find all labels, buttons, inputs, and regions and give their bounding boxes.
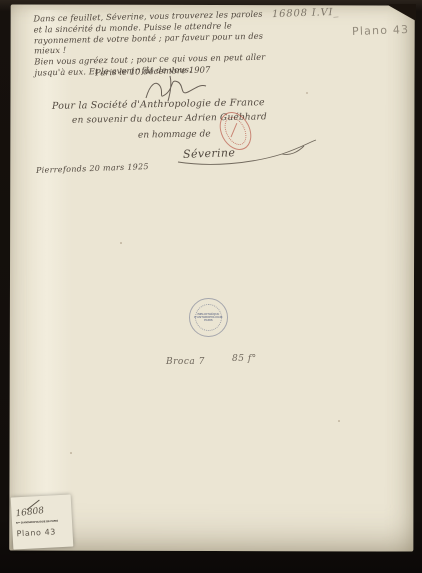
paper-speck bbox=[306, 92, 308, 94]
manuscript-page bbox=[9, 4, 414, 551]
scanned-document: Dans ce feuillet, Séverine, vous trouver… bbox=[0, 0, 422, 573]
dedication-line3: en hommage de bbox=[138, 129, 211, 140]
paper-speck bbox=[70, 452, 72, 454]
blue-stamp-line: PARIS bbox=[194, 319, 222, 322]
plano-annotation-top: Plano 43 bbox=[352, 23, 410, 38]
label-printed-line: Sᵒᵗᵉ D'ANTHROPOLOGIE DE PARIS bbox=[16, 521, 39, 525]
corner-label: 16808 Sᵒᵗᵉ D'ANTHROPOLOGIE DE PARIS Plan… bbox=[11, 494, 74, 549]
catalog-number: 16808 I.VI_ bbox=[272, 7, 339, 20]
mount-corner bbox=[386, 4, 416, 21]
blue-library-stamp: BIBLIOTHÈQUE D'ANTHROPOLOGIE PARIS bbox=[189, 298, 228, 337]
paper-speck bbox=[338, 420, 340, 422]
broca-annotation: Broca 7 bbox=[166, 357, 205, 367]
blue-library-stamp-text: BIBLIOTHÈQUE D'ANTHROPOLOGIE PARIS bbox=[194, 313, 222, 322]
label-plano: Plano 43 bbox=[16, 527, 70, 539]
folio-annotation: 85 f° bbox=[232, 354, 257, 364]
dedication-signature: Séverine bbox=[183, 146, 236, 161]
paper-speck bbox=[120, 242, 122, 244]
